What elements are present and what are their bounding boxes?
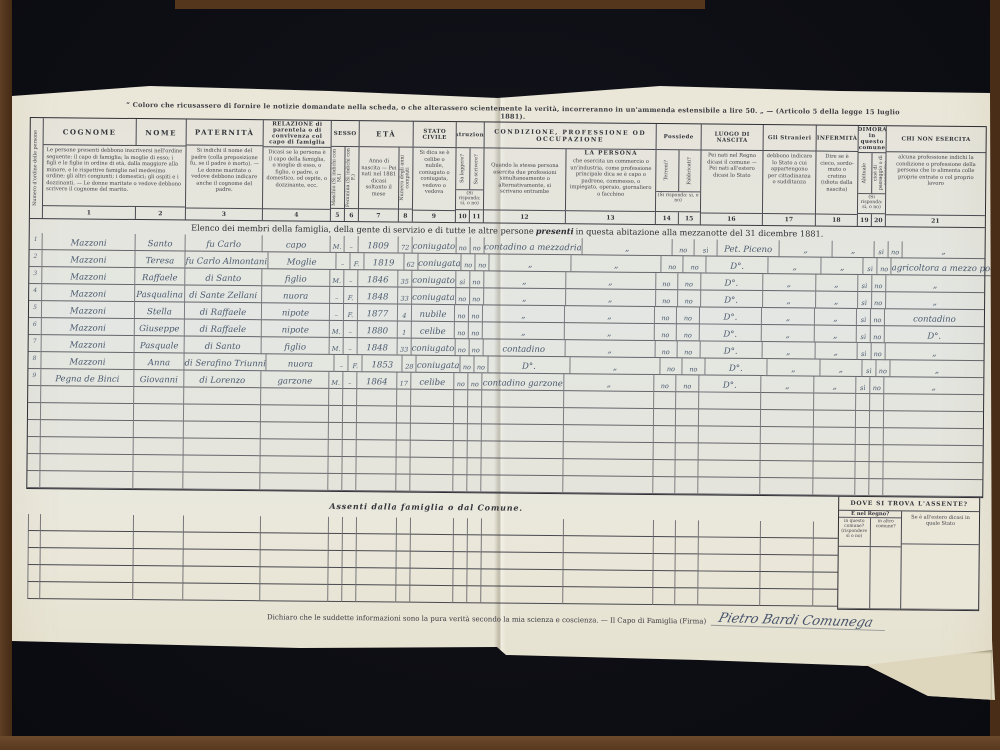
cell-f [342, 389, 356, 406]
cell-cognome: Mazzoni [41, 318, 134, 336]
cell-paternita: fu Carlo [185, 234, 262, 252]
cell-persona [563, 553, 653, 571]
cell-scrive: no [469, 237, 483, 254]
cell-n: 6 [29, 318, 41, 335]
cell-stato: coniugato [411, 271, 455, 288]
cell-cognome: Mazzoni [41, 284, 134, 302]
cell-abituale [855, 428, 869, 445]
cell-persona: „ [582, 238, 672, 256]
luogo-note: Pei nati nel Regno dicasi il comune — Pe… [701, 150, 763, 213]
cell-infermita: „ [814, 326, 856, 343]
cell-paternita: di Raffaele [184, 319, 261, 337]
cell-m: M. [329, 338, 343, 355]
anni-label: Numero degli anni compiuti [400, 148, 411, 209]
cell-cognome [40, 514, 133, 532]
cell-n: 3 [29, 267, 41, 284]
cell-abituale [855, 411, 869, 428]
col-infermita-header: INFERMITÀ Dire se è cieco, sordo-muto o … [815, 126, 858, 226]
cell-luogo [698, 426, 760, 444]
cell-legge: no [454, 339, 468, 356]
cell-occasionale: no [871, 292, 885, 309]
cell-stranieri [760, 410, 813, 428]
cell-abituale [855, 445, 869, 462]
cell-mantenuto [883, 411, 983, 429]
assenti-section-heading: Assenti dalla famiglia o dal Comune. [276, 500, 576, 513]
cell-stato [410, 424, 453, 441]
cell-fabbricati: no [675, 375, 698, 392]
cell-anno [356, 406, 396, 423]
cell-abituale: sì [857, 292, 871, 309]
cell-mantenuto [882, 462, 982, 480]
cell-prof [481, 424, 563, 442]
cell-infermita: „ [814, 343, 856, 360]
cell-prof: contadino a mezzadria [483, 237, 582, 255]
maschio-num: 5 [331, 209, 344, 221]
cell-stato [409, 586, 452, 603]
cell-legge [453, 518, 467, 535]
cell-nome [133, 549, 183, 566]
cell-n: 1 [30, 233, 42, 250]
cell-anni: 72 [398, 237, 412, 254]
cell-anno [356, 389, 396, 406]
cell-mantenuto: contadino [884, 309, 984, 327]
cell-legge [452, 569, 466, 586]
col-eta-header: ETÀ Anno di nascita — Pei nati nel 1881 … [358, 121, 413, 222]
cell-stranieri [759, 572, 812, 590]
cell-luogo [698, 409, 760, 427]
cell-stranieri [760, 538, 813, 556]
cell-mantenuto: „ [884, 343, 984, 361]
cell-stato: celibe [411, 322, 454, 339]
cell-anno [355, 457, 395, 474]
cell-terreni: no [653, 375, 675, 392]
col-sesso-header: SESSO Maschio (Si indichi con M.) Femmin… [330, 121, 359, 221]
cell-nome: Pasquale [134, 336, 184, 353]
cell-f [342, 534, 356, 551]
cell-fabbricati [675, 554, 698, 571]
subtitle-bold: presenti [534, 226, 576, 236]
cell-luogo: D°. [700, 273, 762, 291]
cell-luogo [698, 537, 760, 555]
cell-paternita: di Serafino Triunni [183, 353, 266, 371]
cell-prof [481, 441, 563, 459]
absent-estero-label: Se è all'estero dicasi in quale Stato [902, 511, 979, 545]
cell-stranieri [759, 589, 812, 607]
cell-prof: „ [483, 288, 565, 306]
cell-relazione: nipote [261, 320, 329, 338]
cell-cognome [40, 420, 133, 438]
cell-terreni [652, 477, 674, 494]
cell-luogo [698, 554, 760, 572]
cell-luogo [698, 392, 760, 410]
cell-cognome [39, 565, 132, 583]
cell-fabbricati: no [676, 307, 699, 324]
cell-stato: coniugata [417, 254, 461, 271]
cell-nome [132, 472, 182, 489]
infermita-note: Dire se è cieco, sordo-muto o cretino (i… [816, 152, 858, 214]
cell-abituale: sì [857, 275, 871, 292]
cell-mantenuto [882, 479, 982, 497]
cell-infermita: „ [815, 275, 857, 292]
cell-paternita [182, 472, 259, 490]
cell-stranieri: „ [768, 257, 821, 275]
cell-scrive: no [468, 305, 482, 322]
cell-fabbricati [674, 460, 697, 477]
cell-occasionale: no [871, 275, 885, 292]
cell-legge [452, 475, 466, 492]
cell-anni [395, 586, 409, 603]
cell-f: F. [343, 304, 357, 321]
cell-anni: 17 [396, 373, 410, 390]
nome-title: NOME [136, 119, 186, 145]
absent-questo-label: in questo comune? (rispondere sì o no) [839, 518, 870, 546]
mantenuto-title: CHI NON ESERCITA [887, 126, 986, 153]
cell-anni [396, 407, 410, 424]
cell-cognome [40, 386, 133, 404]
paternita-title: PATERNITÀ [187, 120, 263, 147]
cell-anni: 33 [397, 288, 411, 305]
cell-m: M. [328, 372, 342, 389]
cell-stranieri [760, 393, 813, 411]
cell-terreni [653, 409, 675, 426]
cell-f: – [343, 321, 357, 338]
occasionale-num: 20 [871, 214, 885, 226]
cell-relazione [259, 456, 327, 474]
cell-paternita: di Santo [184, 268, 261, 286]
cell-persona [563, 408, 653, 426]
cell-n [28, 548, 40, 565]
cell-legge [453, 424, 467, 441]
cell-anni: 28 [402, 356, 416, 373]
cell-scrive: no [468, 339, 482, 356]
absent-box-title: DOVE SI TROVA L'ASSENTE? [839, 497, 979, 512]
cell-stranieri [760, 555, 813, 573]
cell-prof [481, 518, 563, 536]
cell-cognome: Mazzoni [41, 335, 134, 353]
sa-scrivere-label: Sa scrivere? [474, 154, 480, 184]
cell-nome: Giuseppe [134, 319, 184, 336]
mantenuto-note: alcuna professione indichi la condizione… [886, 152, 986, 215]
cell-prof [481, 552, 563, 570]
cell-scrive [466, 569, 480, 586]
cell-terreni: no [655, 290, 677, 307]
col-paternita-header: PATERNITÀ Si indichi il nome del padre (… [185, 119, 263, 220]
cell-prof [481, 390, 563, 408]
cognome-title: COGNOME [44, 118, 136, 145]
cell-occasionale [869, 411, 883, 428]
cell-occasionale: no [875, 360, 889, 377]
cell-paternita [183, 421, 260, 439]
cell-n: 2 [29, 250, 41, 267]
cell-fabbricati: no [677, 273, 700, 290]
cell-persona: „ [564, 340, 654, 358]
cell-relazione [260, 388, 328, 406]
occasionale-label: Occasionale, cioè di passaggio o di sogg… [871, 153, 885, 193]
cell-anni: 4 [397, 305, 411, 322]
cell-infermita: „ [814, 309, 856, 326]
col-cognome-nome-header: COGNOME NOME Le persone presenti debbono… [42, 118, 186, 219]
cell-scrive [466, 475, 480, 492]
cell-abituale: sì [861, 360, 875, 377]
prof-num: 12 [484, 210, 565, 223]
cell-f [341, 457, 355, 474]
cell-stato [409, 475, 452, 492]
cell-paternita: di Sante Zellani [184, 285, 261, 303]
cell-abituale [855, 394, 869, 411]
cell-f: – [343, 270, 357, 287]
cell-cognome: Mazzoni [40, 352, 133, 370]
cell-prof [480, 475, 562, 493]
cell-n [28, 386, 40, 403]
cell-persona [562, 570, 652, 588]
cell-stato: nubile [411, 305, 454, 322]
cell-f [342, 423, 356, 440]
cell-f: – [342, 372, 356, 389]
cell-persona [563, 519, 653, 537]
maschio-label: Maschio (Si indichi con M.) [332, 147, 343, 208]
cell-scrive [467, 552, 481, 569]
stato-note: Si dica se è celibe o nubile, coniugato … [413, 148, 456, 210]
cell-persona: „ [569, 357, 659, 375]
cell-n: 9 [28, 369, 40, 386]
cell-luogo: D°. [700, 290, 762, 308]
cell-prof [481, 407, 563, 425]
cell-prof: contadino garzone [481, 373, 563, 391]
cell-legge [453, 552, 467, 569]
cell-abituale: sì [856, 309, 870, 326]
cell-relazione: Moglie [267, 252, 335, 270]
cell-infermita [813, 411, 855, 428]
relazione-title: RELAZIONE di parentela o di convivenza c… [264, 120, 331, 148]
cell-persona: „ [564, 323, 654, 341]
cell-fabbricati [674, 571, 697, 588]
cell-stranieri: „ [762, 291, 815, 309]
paternita-num: 3 [186, 208, 262, 221]
cell-stranieri: „ [766, 359, 819, 377]
stranieri-num: 17 [763, 213, 815, 225]
cell-anni [395, 569, 409, 586]
cell-relazione [259, 584, 327, 602]
mantenuto-num: 21 [886, 214, 985, 227]
cell-f [342, 517, 356, 534]
cell-m [328, 406, 342, 423]
cell-cognome [39, 454, 132, 472]
cell-anni [396, 424, 410, 441]
wood-table-top-edge [175, 0, 705, 9]
col-ordine-header: Numero d'ordine delle persone [30, 118, 43, 218]
cell-anno [356, 517, 396, 534]
cell-m: – [335, 253, 349, 270]
cell-stato [410, 552, 453, 569]
cell-anni [396, 552, 410, 569]
cell-nome: Santo [135, 234, 185, 251]
cell-anno [355, 568, 395, 585]
istruzione-risposta: (Si risponda: sì, o no) [456, 189, 483, 209]
cell-anno: 1846 [357, 270, 397, 287]
cell-legge: no [455, 288, 469, 305]
cell-terreni [653, 392, 675, 409]
cell-fabbricati [675, 426, 698, 443]
cell-prof: „ [489, 254, 571, 272]
cell-n [27, 582, 39, 599]
cell-legge [452, 586, 466, 603]
cell-persona: „ [565, 272, 655, 290]
cell-stranieri: „ [760, 376, 813, 394]
cell-infermita [812, 462, 854, 479]
terreni-num: 14 [656, 212, 678, 224]
cell-cognome [40, 548, 133, 566]
possiede-risposta: (Si risponda: sì, o no) [656, 191, 700, 211]
relazione-num: 4 [263, 208, 330, 221]
cell-stranieri: „ [761, 342, 814, 360]
cell-stranieri: „ [762, 274, 815, 292]
cell-occasionale [869, 445, 883, 462]
cell-anni [396, 441, 410, 458]
cell-anno: 1880 [357, 321, 397, 338]
cell-legge: no [459, 356, 473, 373]
cell-mantenuto [883, 428, 983, 446]
names-note: Le persone presenti debbono inscriversi … [43, 145, 186, 206]
cell-abituale: sì [863, 258, 877, 275]
main-table: Numero d'ordine delle persone COGNOME NO… [26, 117, 987, 498]
cell-terreni [653, 443, 675, 460]
cell-stato [410, 535, 453, 552]
cell-terreni [653, 537, 675, 554]
fabbricati-label: Fabbricati? [687, 157, 693, 184]
cell-paternita [183, 549, 260, 567]
infermita-title: INFERMITÀ [817, 126, 858, 152]
cell-anno: 1848 [357, 287, 397, 304]
cell-terreni: no [659, 358, 681, 375]
cell-stranieri [759, 461, 812, 479]
cell-m: – [334, 355, 348, 372]
cell-paternita: di Raffaele [184, 302, 261, 320]
cell-infermita [813, 394, 855, 411]
cell-m [328, 517, 342, 534]
cell-mantenuto: D°. [884, 326, 984, 344]
cell-f [342, 406, 356, 423]
persona-num: 13 [565, 211, 655, 224]
col-istruzione-header: Istruzione Sa leggere? Sa scrivere? (Si … [455, 122, 484, 222]
cell-relazione [260, 533, 328, 551]
cell-abituale [854, 462, 868, 479]
col-possiede-header: Possiede Terreni? Fabbricati? (Si rispon… [655, 124, 701, 224]
subtitle-lead: Elenco dei membri della famiglia, della … [191, 223, 534, 236]
cell-cognome [40, 403, 133, 421]
cell-persona [563, 391, 653, 409]
cell-relazione [260, 550, 328, 568]
prof-note: Quando la stessa persona esercita due pr… [484, 161, 565, 198]
cell-f [342, 551, 356, 568]
cell-occasionale: no [870, 309, 884, 326]
cell-prof [480, 569, 562, 587]
cell-infermita: „ [815, 292, 857, 309]
cell-anni: 33 [397, 339, 411, 356]
cell-fabbricati [674, 588, 697, 605]
cell-n: 8 [28, 352, 40, 369]
cell-m [327, 457, 341, 474]
cell-occasionale: no [869, 377, 883, 394]
cell-terreni: no [654, 341, 676, 358]
cell-cognome [40, 437, 133, 455]
cell-f [341, 585, 355, 602]
absent-regno-col: È nel Regno? in questo comune? (risponde… [838, 511, 902, 610]
cell-scrive [466, 458, 480, 475]
cell-luogo: D°. [706, 256, 768, 274]
stato-title: STATO CIVILE [414, 122, 456, 148]
cell-nome: Pasqualina [134, 285, 184, 302]
cell-prof: D°. [487, 356, 569, 374]
cell-occasionale: no [888, 241, 902, 258]
cell-anno: 1819 [363, 253, 403, 270]
cell-terreni [652, 571, 674, 588]
cell-relazione: capo [262, 235, 330, 253]
cell-paternita [182, 566, 259, 584]
cell-fabbricati: no [676, 341, 699, 358]
cell-terreni [653, 520, 675, 537]
cell-stato [410, 407, 453, 424]
cell-legge [452, 458, 466, 475]
col-luogo-header: LUOGO DI NASCITA Pei nati nel Regno dica… [700, 124, 763, 225]
cell-nome [133, 515, 183, 532]
cell-stranieri [760, 521, 813, 539]
cell-legge: no [455, 237, 469, 254]
stranieri-title: Gli Stranieri [764, 125, 816, 151]
cell-luogo [697, 571, 759, 589]
cell-persona [563, 536, 653, 554]
cell-paternita [182, 583, 259, 601]
cell-infermita [813, 428, 855, 445]
stranieri-note: debbono indicare lo Stato a cui apparten… [763, 151, 816, 213]
cell-f: F. [349, 253, 363, 270]
cognome-num: 1 [43, 206, 135, 219]
cell-cognome [39, 471, 132, 489]
cell-scrive [467, 390, 481, 407]
cell-paternita: di Lorenzo [183, 370, 260, 388]
terreni-label: Terreni? [664, 160, 669, 180]
cell-terreni: no [654, 324, 676, 341]
cell-relazione [260, 516, 328, 534]
absent-estero-col: Se è all'estero dicasi in quale Stato [901, 511, 979, 610]
cell-stato: coniugata [416, 356, 460, 373]
cell-f: – [343, 338, 357, 355]
femmina-num: 6 [344, 209, 358, 221]
absent-cell [838, 547, 869, 609]
cell-n [27, 454, 39, 471]
cell-prof: „ [482, 305, 564, 323]
cell-infermita: „ [821, 258, 863, 275]
cell-legge: sì [455, 271, 469, 288]
cell-anno: 1877 [357, 304, 397, 321]
cell-stranieri: „ [761, 325, 814, 343]
census-form: “ Coloro che ricusassero di fornire le n… [25, 100, 985, 649]
cell-cognome [39, 582, 132, 600]
cell-paternita [183, 438, 260, 456]
cell-terreni: no [655, 273, 677, 290]
cell-persona: „ [564, 306, 654, 324]
cell-scrive: no [469, 288, 483, 305]
cell-relazione: nipote [261, 303, 329, 321]
cell-abituale: sì [874, 241, 888, 258]
cell-m [328, 534, 342, 551]
cell-n: 4 [29, 284, 41, 301]
cell-abituale [854, 479, 868, 496]
cell-infermita [813, 445, 855, 462]
cell-m [327, 474, 341, 491]
anno-num: 7 [359, 209, 398, 221]
cell-nome [133, 532, 183, 549]
cell-legge [453, 407, 467, 424]
